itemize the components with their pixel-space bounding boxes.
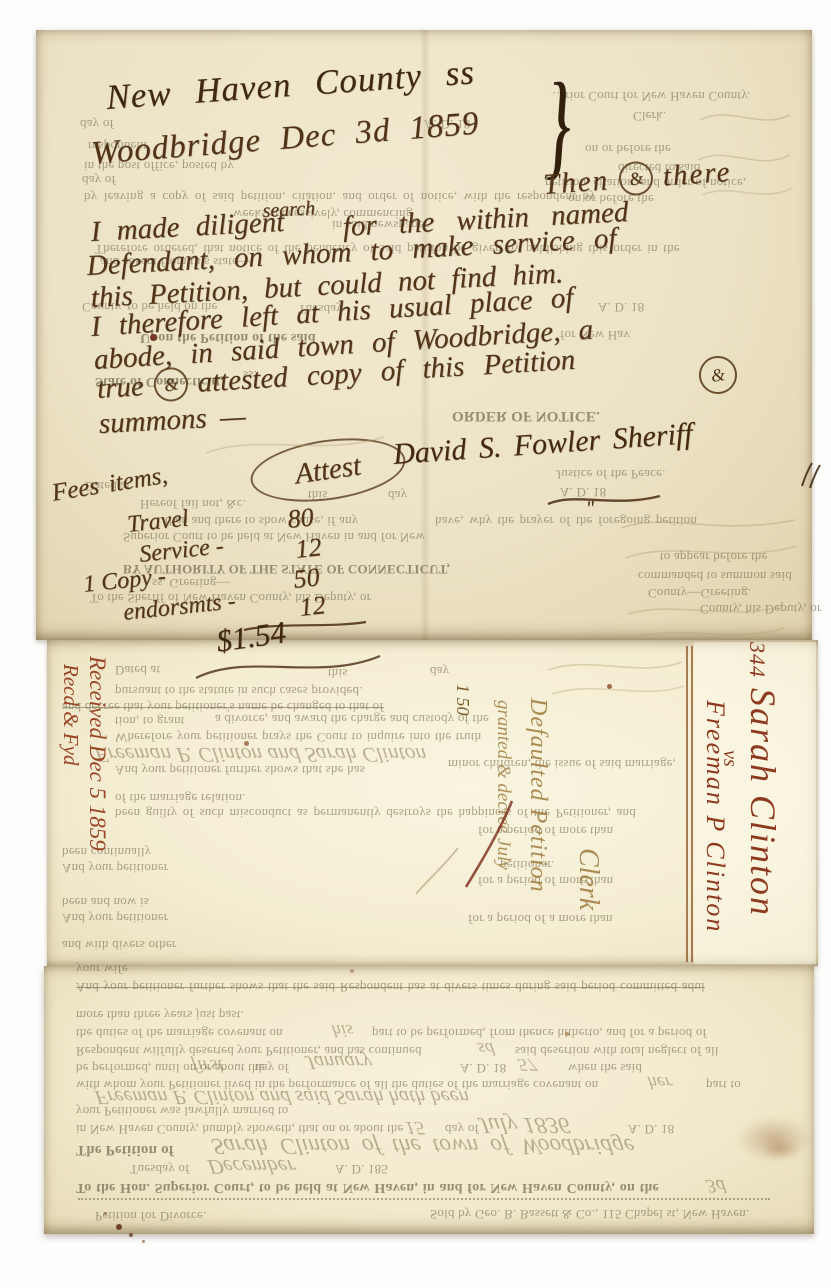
bleedthrough-print: The Petition of xyxy=(76,1141,174,1158)
bleedthrough-print: part to xyxy=(706,1077,741,1093)
bleedthrough-print: been guilty of such misconduct as perman… xyxy=(115,805,636,821)
bleedthrough-print: been and now is xyxy=(62,894,149,910)
bleedthrough-print: the duties of the marriage covenant on xyxy=(76,1025,283,1041)
bleedthrough-print: day of xyxy=(255,1060,289,1076)
bleedthrough-print: To the Hon. Superior Court, to be held a… xyxy=(76,1179,659,1195)
bleedthrough-print: Petition for Divorce. xyxy=(95,1208,206,1224)
bleedthrough-print: when the said xyxy=(568,1060,642,1076)
bleedthrough-print: day xyxy=(430,663,449,679)
body-line-6-true: true xyxy=(96,370,145,406)
docket-plaintiff: Sarah Clinton xyxy=(742,688,784,917)
docket-received-line: Received Dec 5 1859 xyxy=(84,656,110,851)
foxing-spot xyxy=(142,1240,145,1243)
opening-then: Then xyxy=(542,164,610,202)
circled-ampersand-icon: & xyxy=(151,364,191,404)
bleedthrough-print: pursuant to the statute in such cases pr… xyxy=(115,683,363,699)
bleedthrough-print: Sold by Geo. B. Bassett & Co., 115 Chape… xyxy=(430,1206,749,1222)
bleedthrough-handwriting: his xyxy=(330,1020,355,1041)
circled-ampersand-icon: & xyxy=(616,158,656,198)
bleedthrough-print: of the marriage relation. xyxy=(115,790,246,806)
bleedthrough-print: A. D. 185 xyxy=(335,1161,388,1177)
handwriting-bleed-squiggle xyxy=(200,425,390,465)
bleedthrough-print: more than three years just past. xyxy=(76,1007,244,1023)
handwriting-bleed-squiggle xyxy=(690,100,802,210)
bleedthrough-print: And your petitioner xyxy=(62,910,168,926)
bleedthrough-print: and with divers other xyxy=(62,937,176,953)
bleedthrough-print: said desertion with total neglect of all xyxy=(515,1043,719,1059)
bleedthrough-handwriting: 57 xyxy=(516,1054,538,1075)
docket-filed-line: Recd & Fyd xyxy=(58,664,83,765)
bleedthrough-print: Clerk. xyxy=(633,108,666,124)
handwriting-bleed-squiggle xyxy=(620,598,790,644)
fee-row-amount: 80 xyxy=(286,502,315,535)
bleedthrough-print: day xyxy=(388,487,407,503)
bleedthrough-print: your wife xyxy=(76,961,128,977)
bleedthrough-print: for a period of a more than xyxy=(468,911,613,927)
bleedthrough-print: Justice of the Peace. xyxy=(556,466,666,482)
handwriting-bleed-squiggle xyxy=(615,510,807,570)
foxing-spot xyxy=(129,1233,133,1237)
foxing-spot xyxy=(565,1032,569,1036)
foxing-spot xyxy=(104,1212,107,1215)
bleedthrough-handwriting: January xyxy=(303,1050,374,1073)
bleedthrough-print: A. D. 18 xyxy=(598,299,644,315)
bleedthrough-print: A. D. 18 xyxy=(628,1121,674,1137)
ink-slash-mark xyxy=(408,840,468,900)
bleedthrough-handwriting: first xyxy=(190,1054,226,1076)
bleedthrough-handwriting: December xyxy=(206,1154,298,1179)
bleedthrough-print: ORDER OF NOTICE. xyxy=(452,407,600,424)
signature-underline-flourish xyxy=(544,490,664,512)
foxing-spot xyxy=(116,1224,122,1230)
bleedthrough-print: commanded to summon said xyxy=(638,568,792,584)
bleedthrough-print: on or before the xyxy=(585,141,671,157)
docket-status-entry: Defaulted Petition xyxy=(524,698,551,893)
foxing-spot xyxy=(350,969,354,973)
fee-row-amount: 12 xyxy=(294,532,323,565)
scanned-page: …rior Court for New Haven County.Clerk.d… xyxy=(0,0,831,1288)
bleedthrough-handwriting: sd xyxy=(476,1038,496,1059)
bleedthrough-print: day of xyxy=(80,116,114,132)
foxing-spot xyxy=(244,741,249,746)
ink-tick-marks xyxy=(796,460,822,490)
ink-smudge xyxy=(760,1138,800,1160)
docket-clerk-signature: Clerk xyxy=(572,848,604,910)
bleedthrough-print: be performed, until on or about the xyxy=(76,1060,265,1076)
bleedthrough-dotted-rule xyxy=(78,1198,770,1200)
bleedthrough-print: tion, to grant xyxy=(115,713,185,729)
foxing-spot xyxy=(150,334,157,341)
docket-defendant: Freeman P Clinton xyxy=(700,700,730,933)
handwriting-bleed-squiggle xyxy=(540,650,690,705)
bleedthrough-print: minor children, the issue of said marria… xyxy=(448,756,676,772)
bleedthrough-print: And your petitioner xyxy=(62,860,168,876)
fees-total-flourish xyxy=(188,648,388,684)
bleedthrough-print: a divorce, and award the charge and cust… xyxy=(215,711,489,727)
foxing-spot xyxy=(607,684,612,689)
bleedthrough-handwriting: her xyxy=(646,1072,674,1093)
bleedthrough-print: And your petitioner further shows that s… xyxy=(115,762,365,778)
bleedthrough-print: then and there to show cause, if any xyxy=(165,513,358,529)
bleedthrough-print: A. D. 18 xyxy=(460,1060,506,1076)
bleedthrough-print: day of xyxy=(82,172,116,188)
bleedthrough-handwriting: 3d xyxy=(704,1174,727,1196)
ink-slash-mark xyxy=(460,795,520,895)
bleedthrough-print: your Petitioner was lawfully married to xyxy=(76,1103,289,1119)
bleedthrough-print: part to be performed, from thence hither… xyxy=(372,1025,707,1041)
bleedthrough-print: Tuesday of xyxy=(130,1161,190,1177)
bleedthrough-print: And your petitioner further shows that t… xyxy=(76,979,705,995)
docket-rule-line xyxy=(691,646,693,962)
docket-case-number: 344 xyxy=(744,642,770,678)
docket-fee-entry: 1 50 xyxy=(452,684,473,716)
bleedthrough-print: Dated at xyxy=(115,662,160,678)
